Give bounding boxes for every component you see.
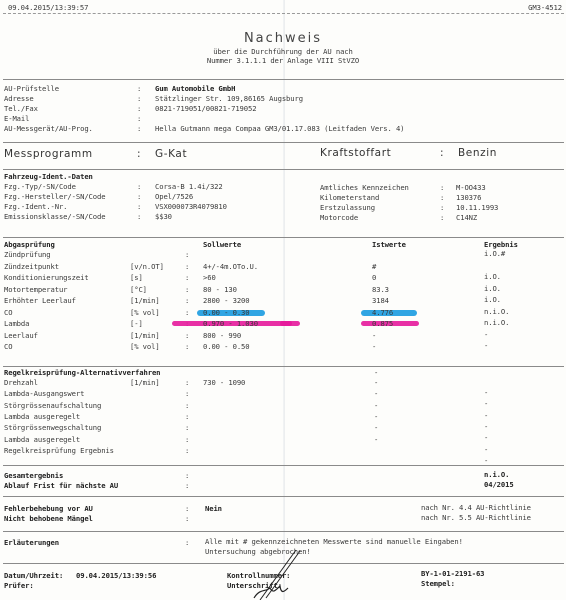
notes-label: Erläuterungen (4, 538, 59, 547)
vehicle-field-value: 10.11.1993 (456, 203, 498, 212)
control-loop-result-value: - (484, 411, 488, 420)
exhaust-result-value: i.O. (484, 272, 501, 281)
datetime-label: Datum/Uhrzeit: (4, 571, 63, 580)
control-loop-row-label: Störgrössenwegschaltung (4, 423, 101, 432)
paper-fold (283, 0, 285, 600)
colon: : (137, 192, 141, 201)
divider (3, 142, 564, 143)
divider (3, 531, 564, 532)
vehicle-field-value: Opel/7526 (155, 192, 193, 201)
colon: : (185, 342, 189, 351)
exhaust-target-value: 0.00 - 0.50 (203, 342, 250, 351)
vehicle-field-value: 130376 (456, 193, 481, 202)
station-field-label: AU-Prüfstelle (4, 84, 59, 93)
colon: : (137, 124, 141, 133)
exhaust-actual-value: 4.776 (372, 308, 393, 317)
control-loop-row-label: Regelkreisprüfung Ergebnis (4, 446, 114, 455)
exhaust-target-value: 0.970 - 1.030 (203, 319, 258, 328)
station-field-value: 0821-719051/00821-719052 (155, 104, 256, 113)
vehicle-field-value: $$30 (155, 212, 172, 221)
colon: : (185, 401, 189, 410)
colon: : (185, 504, 189, 513)
vehicle-heading: Fahrzeug-Ident.-Daten (4, 172, 93, 181)
exhaust-result-value: n.i.O. (484, 318, 509, 327)
colon: : (440, 193, 444, 202)
document-title: Nachweis (0, 31, 566, 46)
exhaust-target-value: >60 (203, 273, 216, 282)
exhaust-heading: Abgasprüfung (4, 240, 55, 249)
colon: : (185, 412, 189, 421)
total-result-value: n.i.O. (484, 470, 509, 479)
exhaust-row-unit: [s] (130, 273, 143, 282)
exhaust-target-value: 2800 - 3200 (203, 296, 250, 305)
control-loop-heading: Regelkreisprüfung-Alternativverfahren (4, 368, 160, 377)
colon: : (185, 378, 189, 387)
control-loop-actual-value: - (374, 435, 378, 444)
exhaust-actual-value: - (372, 342, 376, 351)
program-value: G-Kat (155, 148, 187, 160)
exhaust-row-label: CO (4, 308, 12, 317)
control-loop-row-label: Lambda ausgeregelt (4, 435, 80, 444)
vehicle-field-value: Corsa-B 1.4i/322 (155, 182, 223, 191)
vehicle-field-label: Amtliches Kennzeichen (320, 183, 409, 192)
control-loop-actual-value: - (374, 412, 378, 421)
exhaust-row-unit: [% vol] (130, 308, 160, 317)
total-result-label: Gesamtergebnis (4, 471, 63, 480)
signature-scribble (240, 548, 310, 600)
vehicle-field-value: M-OO433 (456, 183, 486, 192)
station-field-label: Tel./Fax (4, 104, 38, 113)
exhaust-row-label: Zündprüfung (4, 250, 51, 259)
exhaust-result-value: i.O.# (484, 249, 505, 258)
control-loop-row-label: Lambda ausgeregelt (4, 412, 80, 421)
exhaust-result-value: i.O. (484, 284, 501, 293)
exhaust-row-label: Zündzeitpunkt (4, 262, 59, 271)
station-field-label: Adresse (4, 94, 34, 103)
exhaust-row-unit: [v/n.OT] (130, 262, 164, 271)
vehicle-field-label: Erstzulassung (320, 203, 375, 212)
actual-column-header: Istwerte (372, 240, 406, 249)
station-field-value: Hella Gutmann mega Compaa GM3/01.17.083 … (155, 124, 404, 133)
colon: : (137, 182, 141, 191)
control-loop-row-label: Drehzahl (4, 378, 38, 387)
exhaust-row-label: CO (4, 342, 12, 351)
vehicle-field-label: Fzg.-Typ/-SN/Code (4, 182, 76, 191)
colon: : (440, 213, 444, 222)
exhaust-row-label: Lambda (4, 319, 29, 328)
colon: : (185, 435, 189, 444)
control-loop-actual-value: - (374, 423, 378, 432)
colon: : (185, 262, 189, 271)
divider (3, 465, 564, 466)
divider (3, 237, 564, 238)
vehicle-field-label: Motorcode (320, 213, 358, 222)
colon: : (440, 203, 444, 212)
exhaust-row-unit: [°C] (130, 285, 147, 294)
exhaust-target-value: 0.00 - 0.30 (203, 308, 250, 317)
divider (3, 13, 564, 14)
control-loop-result-value: - (484, 456, 488, 465)
vehicle-field-label: Kilometerstand (320, 193, 379, 202)
station-field-label: AU-Messgerät/AU-Prog. (4, 124, 93, 133)
colon: : (185, 423, 189, 432)
control-loop-row-label: Lambda-Ausgangswert (4, 389, 84, 398)
print-timestamp: 09.04.2015/13:39:57 (8, 3, 88, 12)
colon: : (137, 104, 141, 113)
stamp-label: Stempel: (421, 579, 455, 588)
exhaust-result-value: - (484, 330, 488, 339)
colon: : (185, 471, 189, 480)
exhaust-result-value: n.i.O. (484, 307, 509, 316)
program-colon: : (137, 148, 141, 160)
colon: : (137, 94, 141, 103)
deadline-label: Ablauf Frist für nächste AU (4, 481, 118, 490)
colon: : (185, 285, 189, 294)
colon: : (137, 84, 141, 93)
exhaust-target-value: 4+/-4m.OTo.U. (203, 262, 258, 271)
deadline-value: 04/2015 (484, 480, 514, 489)
colon: : (185, 538, 189, 547)
colon: : (185, 296, 189, 305)
fix-before-au-label: Fehlerbehebung vor AU (4, 504, 93, 513)
colon: : (137, 212, 141, 221)
divider (3, 366, 564, 367)
exhaust-row-label: Motortemperatur (4, 285, 67, 294)
control-loop-row-unit: [1/min] (130, 378, 160, 387)
colon: : (137, 202, 141, 211)
exhaust-actual-value: - (372, 331, 376, 340)
document-subtitle-2: Nummer 3.1.1.1 der Anlage VIII StVZO (0, 56, 566, 65)
open-defects-label: Nicht behobene Mängel (4, 514, 93, 523)
exhaust-row-unit: [1/min] (130, 331, 160, 340)
fuel-type-label: Kraftstoffart (320, 147, 391, 159)
fix-before-au-value: Nein (205, 504, 222, 513)
vehicle-field-label: Fzg.-Ident.-Nr. (4, 202, 67, 211)
station-field-value: Stätzlinger Str. 109,86165 Augsburg (155, 94, 303, 103)
inspector-label: Prüfer: (4, 581, 34, 590)
control-loop-result-value: - (484, 399, 488, 408)
exhaust-row-unit: [-] (130, 319, 143, 328)
control-loop-result-value: - (484, 433, 488, 442)
divider (3, 79, 564, 80)
control-loop-row-label: Störgrössenaufschaltung (4, 401, 101, 410)
control-loop-actual-value: - (374, 389, 378, 398)
device-id: GM3-4512 (528, 3, 562, 12)
colon: : (185, 250, 189, 259)
colon: : (185, 389, 189, 398)
exhaust-actual-value: 83.3 (372, 285, 389, 294)
control-loop-target-value: 730 - 1090 (203, 378, 245, 387)
vehicle-field-value: C14NZ (456, 213, 477, 222)
exhaust-row-label: Leerlauf (4, 331, 38, 340)
fix-before-au-note: nach Nr. 4.4 AU-Richtlinie (421, 503, 531, 512)
colon: : (440, 183, 444, 192)
exhaust-row-unit: [1/min] (130, 296, 160, 305)
fuel-type-value: Benzin (458, 147, 497, 159)
exhaust-actual-value: # (372, 262, 376, 271)
exhaust-actual-value: 0.875 (372, 319, 393, 328)
notes-line-1: Alle mit # gekennzeichneten Messwerte si… (205, 537, 463, 546)
station-field-value: Gum Automobile GmbH (155, 84, 235, 93)
exhaust-actual-value: 3184 (372, 296, 389, 305)
colon: : (185, 514, 189, 523)
exhaust-result-value: i.O. (484, 295, 501, 304)
colon: : (185, 481, 189, 490)
colon: : (185, 446, 189, 455)
exhaust-target-value: 800 - 990 (203, 331, 241, 340)
control-loop-result-value: - (484, 388, 488, 397)
control-number-value: BY-1-01-2191-63 (421, 569, 484, 578)
colon: : (137, 114, 141, 123)
result-column-header: Ergebnis (484, 240, 518, 249)
station-field-label: E-Mail (4, 114, 29, 123)
control-loop-actual-value: - (374, 378, 378, 387)
exhaust-row-unit: [% vol] (130, 342, 160, 351)
control-loop-result-value: - (484, 422, 488, 431)
control-loop-result-value: - (484, 445, 488, 454)
control-loop-heading-value: - (374, 368, 378, 377)
exhaust-target-value: 80 - 130 (203, 285, 237, 294)
datetime-value: 09.04.2015/13:39:56 (76, 571, 156, 580)
document-subtitle-1: über die Durchführung der AU nach (0, 47, 566, 56)
exhaust-actual-value: 0 (372, 273, 376, 282)
fuel-colon: : (440, 147, 444, 159)
control-loop-actual-value: - (374, 401, 378, 410)
exhaust-result-value: - (484, 341, 488, 350)
colon: : (185, 331, 189, 340)
highlighter-mark (280, 321, 300, 326)
target-column-header: Sollwerte (203, 240, 241, 249)
vehicle-field-label: Emissionsklasse/-SN/Code (4, 212, 105, 221)
colon: : (185, 273, 189, 282)
exhaust-row-label: Erhöhter Leerlauf (4, 296, 76, 305)
colon: : (185, 308, 189, 317)
vehicle-field-label: Fzg.-Hersteller/-SN/Code (4, 192, 105, 201)
program-label: Messprogramm (4, 148, 93, 160)
divider (3, 496, 564, 497)
vehicle-field-value: VSX000073R4079810 (155, 202, 227, 211)
open-defects-note: nach Nr. 5.5 AU-Richtlinie (421, 513, 531, 522)
divider (3, 169, 564, 170)
exhaust-row-label: Konditionierungszeit (4, 273, 89, 282)
